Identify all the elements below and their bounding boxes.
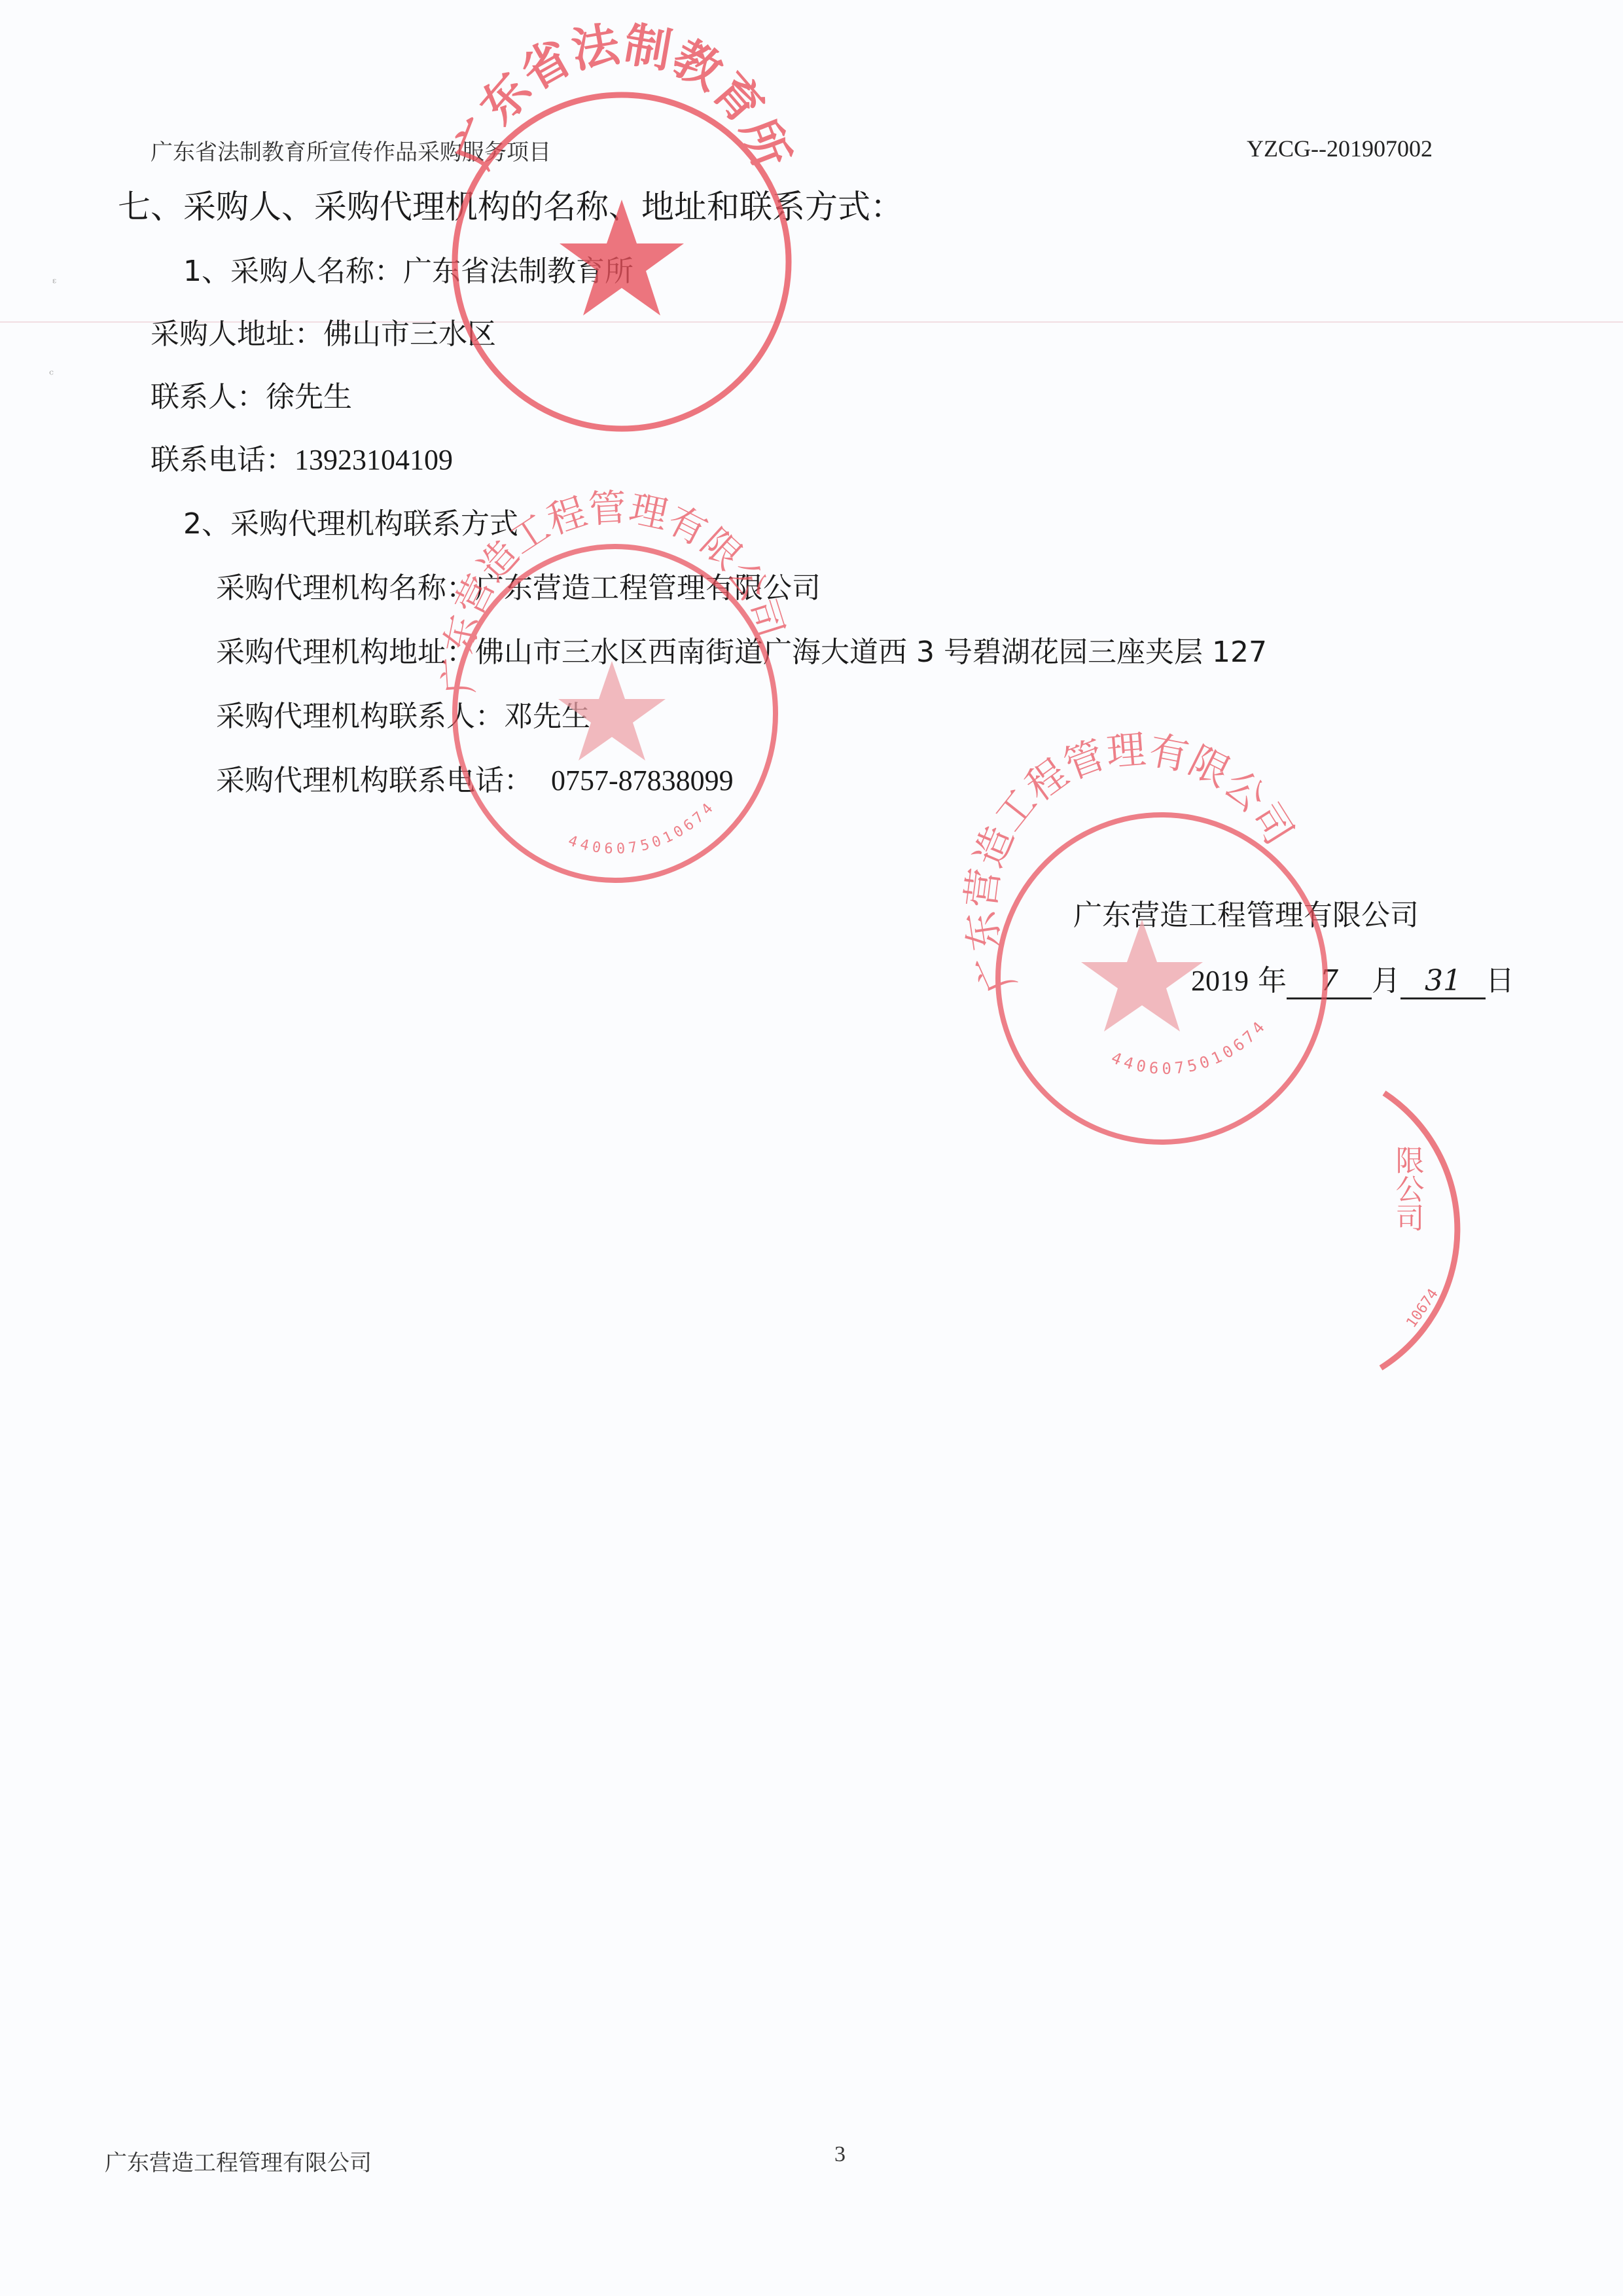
agency-heading: 2、采购代理机构联系方式 xyxy=(183,500,518,542)
agency-seal-1: 广东营造工程管理有限公司 4406075010674 xyxy=(435,485,792,880)
agency-seal-2-number: 4406075010674 xyxy=(1109,1015,1271,1077)
agency-address: 佛山市三水区西南街道广海大道西 3 号碧湖花园三座夹层 127 xyxy=(475,636,1267,669)
purchaser-contact-label: 联系人： xyxy=(151,380,266,414)
agency-address-row: 采购代理机构地址：佛山市三水区西南街道广海大道西 3 号碧湖花园三座夹层 127 xyxy=(216,628,1267,670)
agency-name-row: 采购代理机构名称：广东营造工程管理有限公司 xyxy=(216,564,821,606)
agency-phone-row: 采购代理机构联系电话： 0757-87838099 xyxy=(216,757,734,798)
agency-seal-number: 4406075010674 xyxy=(566,798,719,857)
signature-day-handwritten: 31 xyxy=(1400,964,1486,999)
agency-phone-label: 采购代理机构联系电话： xyxy=(216,764,533,797)
svg-text:4406075010674: 4406075010674 xyxy=(566,798,719,857)
day-suffix: 日 xyxy=(1486,964,1514,997)
month-suffix: 月 xyxy=(1372,964,1400,997)
partial-seal: 限公司 10674 xyxy=(1381,1093,1457,1368)
partial-seal-text: 限公司 xyxy=(1391,1145,1424,1232)
purchaser-contact-row: 联系人：徐先生 xyxy=(151,373,352,415)
signature-date: 2019 年7月31日 xyxy=(1191,957,1514,999)
purchaser-address-row: 采购人地址：佛山市三水区 xyxy=(151,310,496,352)
purchaser-heading: 1、采购人名称：广东省法制教育所 xyxy=(183,247,633,289)
agency-address-label: 采购代理机构地址： xyxy=(216,636,475,669)
header-project-title: 广东省法制教育所宣传作品采购服务项目 xyxy=(151,134,551,166)
agency-seal-2: 广东营造工程管理有限公司 4406075010674 xyxy=(958,726,1325,1142)
purchaser-phone-label: 联系电话： xyxy=(151,443,294,476)
footer-page-number: 3 xyxy=(834,2142,846,2167)
scan-speck: ᵋ xyxy=(52,275,57,291)
purchaser-address-label: 采购人地址： xyxy=(151,317,323,351)
scan-speck: ᶜ xyxy=(49,367,54,382)
signature-year: 2019 xyxy=(1191,965,1249,997)
agency-contact-row: 采购代理机构联系人：邓先生 xyxy=(216,692,590,734)
partial-seal-number: 10674 xyxy=(1403,1286,1441,1331)
section-title: 七、采购人、采购代理机构的名称、地址和联系方式： xyxy=(118,181,903,228)
purchaser-address: 佛山市三水区 xyxy=(323,317,496,351)
signature-month-handwritten: 7 xyxy=(1287,964,1372,999)
year-suffix: 年 xyxy=(1258,964,1287,997)
agency-contact-label: 采购代理机构联系人： xyxy=(216,700,504,733)
agency-contact: 邓先生 xyxy=(504,700,590,733)
svg-text:4406075010674: 4406075010674 xyxy=(1109,1015,1271,1077)
signature-company: 广东营造工程管理有限公司 xyxy=(1073,891,1419,933)
footer-company: 广东营造工程管理有限公司 xyxy=(105,2145,372,2177)
agency-phone: 0757-87838099 xyxy=(551,764,734,797)
purchaser-phone: 13923104109 xyxy=(294,444,453,476)
header-project-code: YZCG--201907002 xyxy=(1247,135,1433,162)
purchaser-phone-row: 联系电话：13923104109 xyxy=(151,436,453,478)
agency-name: 广东营造工程管理有限公司 xyxy=(475,571,821,605)
purchaser-contact: 徐先生 xyxy=(266,380,352,414)
agency-name-label: 采购代理机构名称： xyxy=(216,571,475,605)
